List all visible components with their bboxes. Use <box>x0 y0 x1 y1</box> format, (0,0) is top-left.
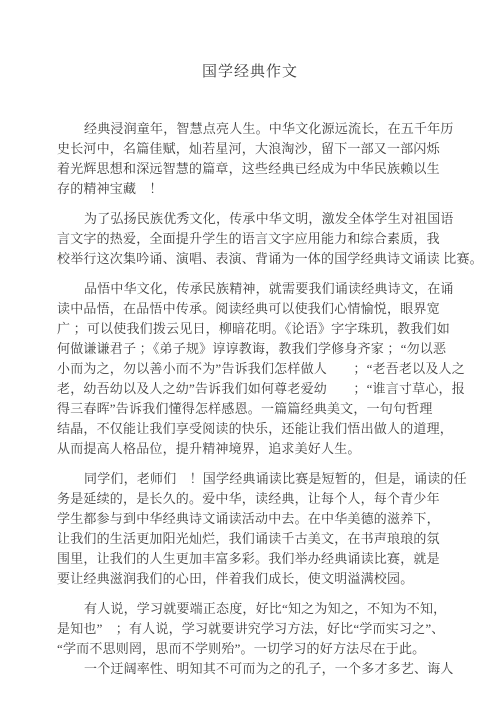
paragraph-3: 品悟中华文化，传承民族精神，就需要我们诵读经典诗文，在诵 读中品悟，在品悟中传承… <box>57 279 448 459</box>
text-line: 得三春晖”告诉我们懂得怎样感恩。一篇篇经典美文，一句句哲理 <box>57 399 448 419</box>
text-line: 同学们，老师们 ！国学经典诵读比赛是短暂的，但是，诵读的任 <box>57 469 448 489</box>
text-line: 史长河中，名篇佳赋，灿若星河，大浪淘沙，留下一部又一部闪烁 <box>57 139 448 159</box>
text-line: 着光辉思想和深远智慧的篇章，这些经典已经成为中华民族赖以生 <box>57 159 448 179</box>
paragraph-2: 为了弘扬民族优秀文化，传承中华文明，激发全体学生对祖国语 言文字的热爱，全面提升… <box>57 209 448 269</box>
text-line: 为了弘扬民族优秀文化，传承中华文明，激发全体学生对祖国语 <box>57 209 448 229</box>
text-line: 结晶，不仅能让我们享受阅读的快乐，还能让我们悟出做人的道理， <box>57 419 448 439</box>
text-line: 存的精神宝藏 ！ <box>57 179 448 199</box>
document-title: 国学经典作文 <box>0 0 500 81</box>
paragraph-6: 一个迂阔率性、明知其不可而为之的孔子，一个多才多艺、诲人 <box>57 659 448 679</box>
text-line: 经典浸润童年，智慧点亮人生。中华文化源远流长，在五千年历 <box>57 119 448 139</box>
text-line: 读中品悟，在品悟中传承。阅读经典可以使我们心情愉悦，眼界宽 <box>57 299 448 319</box>
text-line: 让我们的生活更加阳光灿烂，我们诵读千古美文，在书声琅琅的氛 <box>57 529 448 549</box>
text-line: 何做谦谦君子 ；《弟子规》谆谆教诲，教我们学修身齐家 ；“勿以恶 <box>57 339 448 359</box>
text-line: 围里，让我们的人生更加丰富多彩。我们举办经典诵读比赛，就是 <box>57 549 448 569</box>
text-line: 从而提高人格品位，提升精神境界，追求美好人生。 <box>57 439 448 459</box>
text-line: 校举行这次集吟诵、演唱、表演、背诵为一体的国学经典诗文诵读 比赛。 <box>57 249 448 269</box>
text-line: 有人说，学习就要端正态度，好比“知之为知之，不知为不知， <box>57 599 448 619</box>
text-line: 是知也” ；有人说，学习就要讲究学习方法，好比“学而实习之”、 <box>57 619 448 639</box>
document-body: 经典浸润童年，智慧点亮人生。中华文化源远流长，在五千年历 史长河中，名篇佳赋，灿… <box>57 119 448 679</box>
text-line: “学而不思则罔，思而不学则殆”。一切学习的好方法尽在于此。 <box>57 639 448 659</box>
text-line: 学生都参与到中华经典诗文诵读活动中去。在中华美德的滋养下， <box>57 509 448 529</box>
text-line: 务是延续的，是长久的。爱中华，读经典，让每个人，每个青少年 <box>57 489 448 509</box>
document-page: 国学经典作文 经典浸润童年，智慧点亮人生。中华文化源远流长，在五千年历 史长河中… <box>0 0 500 708</box>
text-line: 小而为之，勿以善小而不为”告诉我们怎样做人 ；“老吾老以及人之 <box>57 359 448 379</box>
text-line: 老，幼吾幼以及人之幼”告诉我们如何尊老爱幼 ；“谁言寸草心，报 <box>57 379 448 399</box>
paragraph-5: 有人说，学习就要端正态度，好比“知之为知之，不知为不知， 是知也” ；有人说，学… <box>57 599 448 659</box>
text-line: 一个迂阔率性、明知其不可而为之的孔子，一个多才多艺、诲人 <box>57 659 448 679</box>
text-line: 要让经典滋润我们的心田，伴着我们成长，使文明溢满校园。 <box>57 569 448 589</box>
paragraph-4: 同学们，老师们 ！国学经典诵读比赛是短暂的，但是，诵读的任 务是延续的，是长久的… <box>57 469 448 589</box>
text-line: 品悟中华文化，传承民族精神，就需要我们诵读经典诗文，在诵 <box>57 279 448 299</box>
paragraph-1: 经典浸润童年，智慧点亮人生。中华文化源远流长，在五千年历 史长河中，名篇佳赋，灿… <box>57 119 448 199</box>
text-line: 广 ；可以使我们拨云见日，柳暗花明。《论语》字字珠玑，教我们如 <box>57 319 448 339</box>
text-line: 言文字的热爱，全面提升学生的语言文字应用能力和综合素质，我 <box>57 229 448 249</box>
